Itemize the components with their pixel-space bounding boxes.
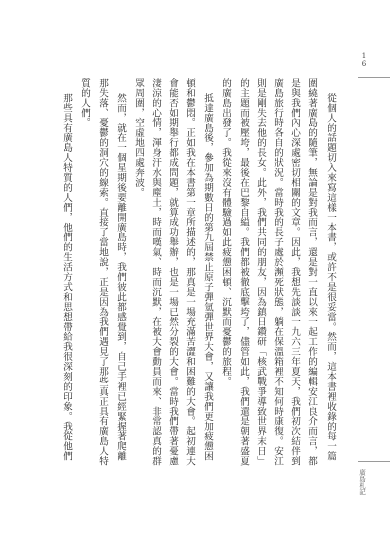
- text-column: 淒涼的心情，渾身汗水與塵土，時而嘆氣、時而沉默，在被大會動員而來、非常認真的群: [149, 78, 161, 466]
- running-footer-book-title: 廣島札記: [358, 469, 366, 495]
- book-page: 16 從個人的話題切入來寫這樣一本書，或許不是很妥當。然而，這本書裡收錄的每一篇…: [0, 0, 390, 554]
- text-column: 的廣島出發了。我從來沒有體驗過如此疲憊困頓、沉默而憂鬱的旅程。: [219, 78, 231, 386]
- text-column: 質的人們。: [78, 78, 90, 128]
- text-column: 眾周圍，空虛地四處奔波。: [132, 78, 144, 197]
- text-column: 圍繞著廣島的隨筆，無論是對我而言，還是對一直以來一起工作的編輯安江良介而言，都: [305, 78, 317, 466]
- text-column: 頓和鬱悶。正如我在本書第一章所描述的，那真是一場充滿苦澀和困難的大會。起初連大: [183, 78, 195, 466]
- text-column: 是與我們內心深處密切相關的文章。因此，我想先談談一九六三年夏天，我們初次結伴到: [288, 78, 300, 466]
- text-column: 那失落、憂鬱的洞穴的線索。直接了當地說，正是因為我們遇見了那些真正具有廣島人特: [96, 78, 108, 466]
- text-column: 會能否如期舉行都成問題，就算成功舉辦，也是一場已然分裂的大會。當時我們帶著憂慮: [166, 78, 178, 466]
- body-text: 從個人的話題切入來寫這樣一本書，或許不是很妥當。然而，這本書裡收錄的每一篇 圍繞…: [0, 0, 390, 554]
- text-column: 然而，就在一個星期後要離開廣島時，我們彼此都感覺到，自己手裡已經緊握著爬離: [114, 93, 126, 461]
- text-column: 從個人的話題切入來寫這樣一本書，或許不是很妥當。然而，這本書裡收錄的每一篇: [324, 93, 336, 461]
- text-column: 的主題而被壓垮，最後在巴黎自縊。我們都被徹底擊垮了，儘管如此，我們還是朝著盛夏: [237, 78, 249, 466]
- text-column: 那些具有廣島人特質的人們，他們的生活方式和思想帶給我很深刻的印象。我從他們: [60, 93, 72, 461]
- text-column: 則是剛失去他的長女。此外，我們共同的朋友，因為鎮日鑽研「核武戰爭導致世界末日」: [254, 78, 266, 466]
- text-column: 抵達廣島後，參加為期數日的第九屆禁止原子彈氫彈世界大會，又讓我們更加疲憊困: [201, 93, 213, 461]
- footer-rule: [358, 461, 390, 462]
- text-column: 廣島旅行時各自的狀況。當時我的長子處於瀕死狀態，躺在保溫箱裡不知何時康復。安江: [271, 78, 283, 466]
